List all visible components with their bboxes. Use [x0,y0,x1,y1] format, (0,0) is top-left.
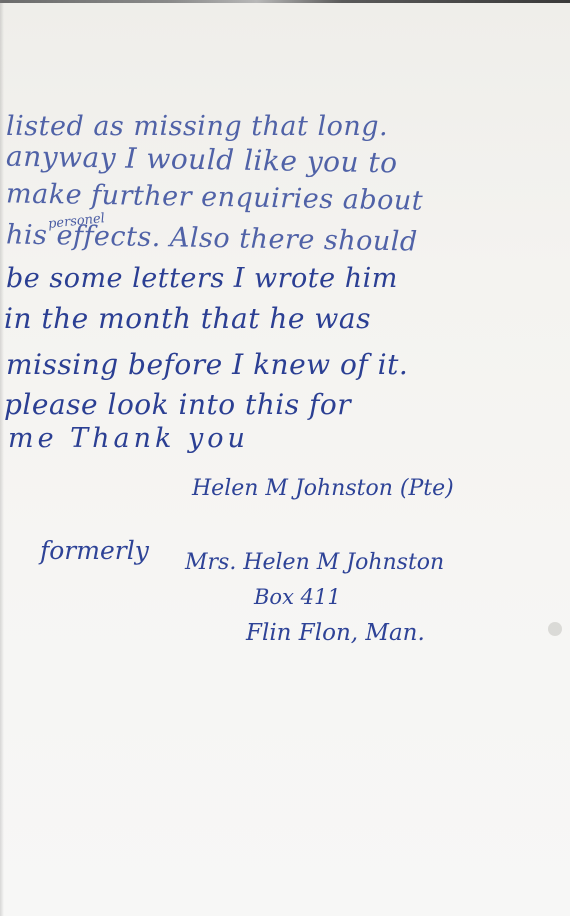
former-name: Mrs. Helen M Johnston [185,550,444,575]
signature: Helen M Johnston (Pte) [192,476,454,501]
formerly-label: formerly [40,536,149,565]
scan-left-shadow [0,0,4,916]
body-line-6: in the month that he was [4,304,371,334]
address-line-2: Flin Flon, Man. [246,620,425,646]
body-line-7: missing before I knew of it. [6,350,408,380]
letter-page: listed as missing that long. anyway I wo… [0,0,570,916]
address-line-1: Box 411 [254,585,341,609]
body-line-4: his effects. Also there should [6,220,418,257]
body-line-8: please look into this for [4,390,351,420]
body-line-9: me Thank you [8,424,249,454]
body-line-3: make further enquiries about [6,179,424,216]
paper-smudge [548,622,562,636]
body-line-2: anyway I would like you to [6,142,398,179]
body-line-1: listed as missing that long. [6,112,388,142]
scan-top-edge [0,0,570,3]
body-line-5: be some letters I wrote him [6,264,398,294]
